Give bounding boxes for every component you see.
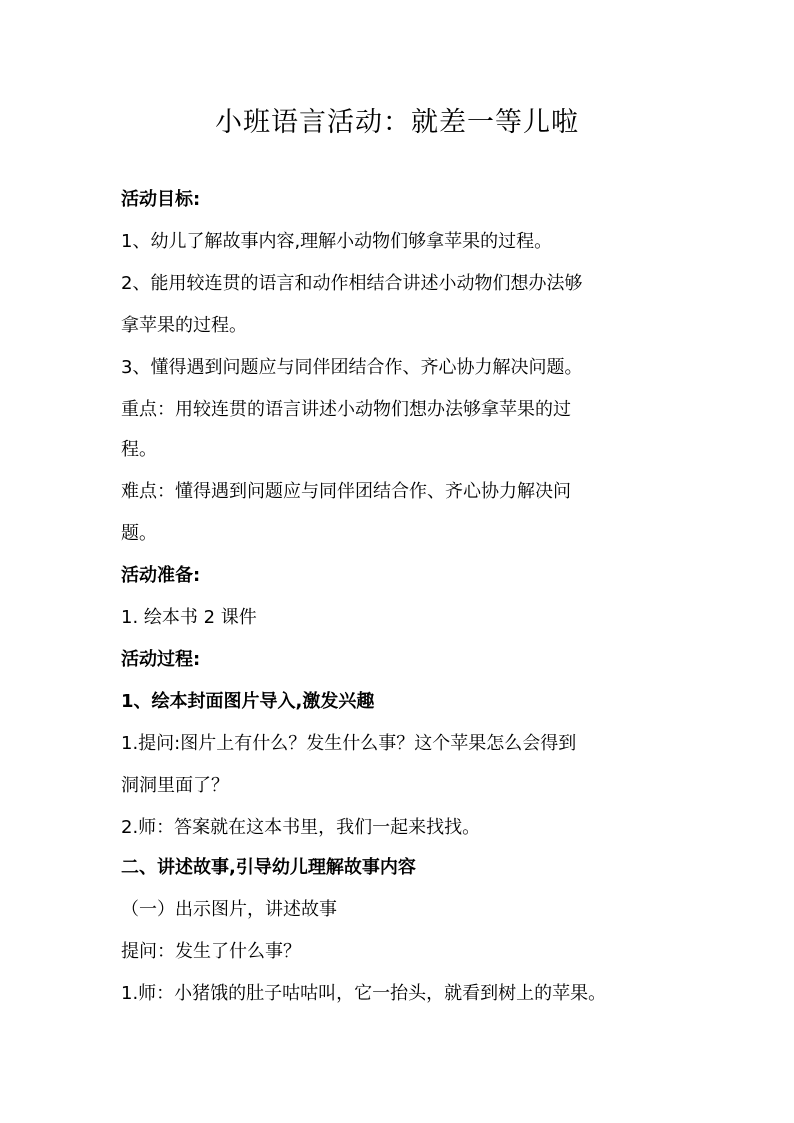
paragraph-line: 题。 — [121, 522, 157, 546]
subsection-heading: 二、讲述故事,引导幼儿理解故事内容 — [121, 856, 416, 880]
paragraph-line: 提问：发生了什么事？ — [121, 940, 301, 964]
paragraph-line: 洞洞里面了？ — [121, 774, 229, 798]
paragraph-line: 2、能用较连贯的语言和动作相结合讲述小动物们想办法够 — [121, 272, 582, 296]
document-title: 小班语言活动：就差一等儿啦 — [0, 100, 794, 139]
paragraph-line: 1.师：小猪饿的肚子咕咕叫，它一抬头，就看到树上的苹果。 — [121, 982, 606, 1006]
key-point-line: 重点：用较连贯的语言讲述小动物们想办法够拿苹果的过 — [121, 398, 571, 422]
paragraph-line: 1. 绘本书 2 课件 — [121, 606, 257, 630]
difficult-point-line: 难点：懂得遇到问题应与同伴团结合作、齐心协力解决问 — [121, 480, 571, 504]
section-heading-preparation: 活动准备: — [121, 564, 200, 588]
section-heading-process: 活动过程: — [121, 648, 200, 672]
paragraph-line: 程。 — [121, 438, 157, 462]
paragraph-line: （一）出示图片，讲述故事 — [121, 898, 337, 922]
paragraph-line: 1.提问:图片上有什么？发生什么事？这个苹果怎么会得到 — [121, 732, 576, 756]
subsection-heading: 1、绘本封面图片导入,激发兴趣 — [121, 690, 374, 714]
paragraph-line: 1、幼儿了解故事内容,理解小动物们够拿苹果的过程。 — [121, 230, 552, 254]
section-heading-goals: 活动目标: — [121, 188, 200, 212]
paragraph-line: 3、懂得遇到问题应与同伴团结合作、齐心协力解决问题。 — [121, 356, 582, 380]
paragraph-line: 拿苹果的过程。 — [121, 314, 247, 338]
paragraph-line: 2.师：答案就在这本书里，我们一起来找找。 — [121, 816, 480, 840]
